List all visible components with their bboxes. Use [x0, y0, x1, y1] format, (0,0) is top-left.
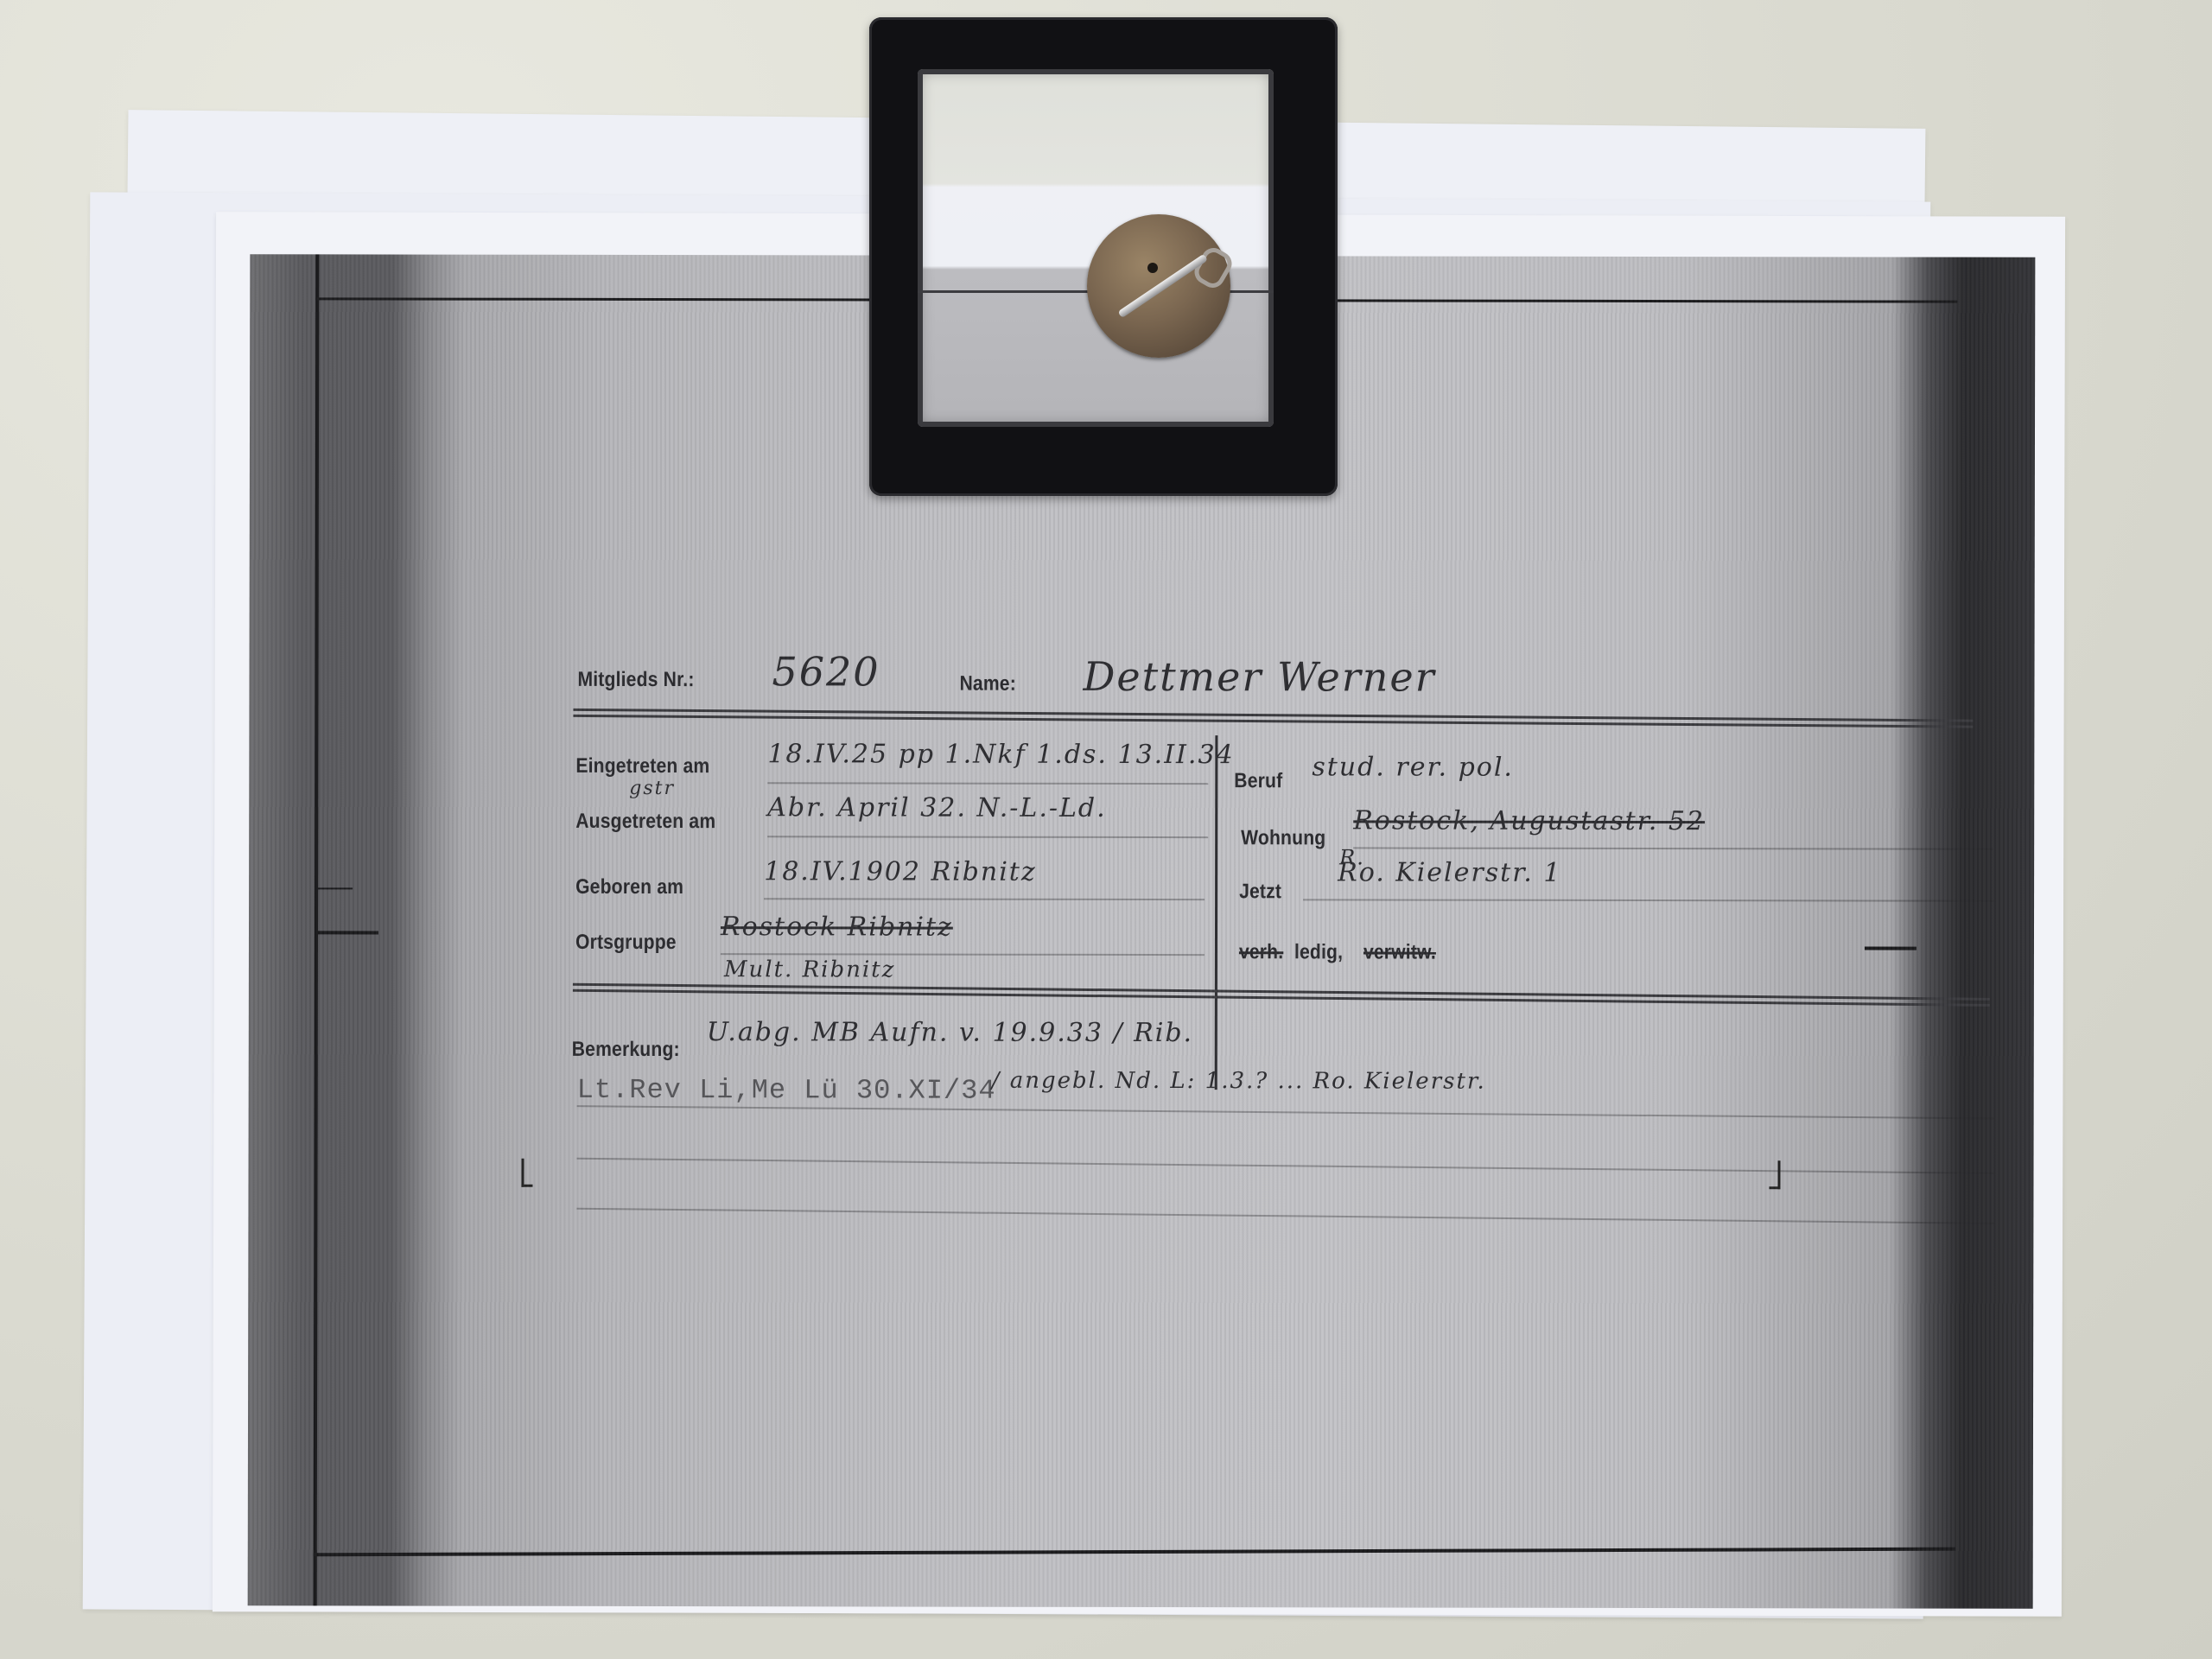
- margin-tick: [318, 887, 353, 889]
- column-divider: [1215, 735, 1218, 1090]
- field-line: [721, 953, 1205, 956]
- badge-reverse: [1087, 214, 1230, 358]
- marital-value: ledig,: [1294, 940, 1343, 964]
- field-line: [767, 836, 1208, 838]
- local-group-value: Mult. Ribnitz: [724, 957, 895, 982]
- marital-struck-2: verwitw.: [1363, 940, 1436, 964]
- remark-typed: Lt.Rev Li,Me Lü 30.XI/34: [577, 1074, 996, 1107]
- left-value: Abr. April 32. N.-L.-Ld.: [767, 792, 1106, 823]
- field-line: [767, 782, 1208, 785]
- remark-line: [577, 1105, 1994, 1119]
- remark-line: [577, 1158, 1994, 1174]
- field-line: [764, 898, 1205, 900]
- left-annotation: gstr: [629, 778, 675, 799]
- field-line: [1303, 899, 1994, 901]
- corner-bracket-right: [1769, 1160, 1780, 1189]
- display-frame: [869, 17, 1338, 496]
- remark-handwritten: U.abg. MB Aufn. v. 19.9.33 / Rib.: [707, 1017, 1193, 1048]
- badge-pin-icon: [1117, 254, 1208, 319]
- margin-tick: [1865, 946, 1916, 950]
- local-group-label: Ortsgruppe: [575, 931, 677, 955]
- name-label: Name:: [959, 672, 1015, 696]
- born-label: Geboren am: [575, 875, 683, 899]
- member-no-label: Mitglieds Nr.:: [577, 668, 694, 692]
- name-value: Dettmer Werner: [1083, 653, 1435, 701]
- remark-line: [576, 1208, 1993, 1224]
- card-border-bottom: [314, 1548, 1955, 1557]
- member-no-value: 5620: [772, 648, 880, 695]
- now-label: Jetzt: [1239, 880, 1281, 904]
- field-line: [1353, 847, 1993, 849]
- corner-bracket-left: [521, 1159, 532, 1187]
- frame-window: [918, 69, 1274, 427]
- residence-struck: Rostock, Augustastr. 52: [1353, 805, 1705, 836]
- remark-label: Bemerkung:: [572, 1038, 680, 1062]
- badge-hole: [1147, 263, 1158, 273]
- card-border-left: [314, 254, 320, 1605]
- left-label: Ausgetreten am: [575, 810, 715, 834]
- badge-clasp-icon: [1190, 244, 1236, 292]
- occupation-value: stud. rer. pol.: [1312, 752, 1514, 782]
- occupation-label: Beruf: [1234, 769, 1282, 793]
- joined-label: Eingetreten am: [575, 754, 709, 779]
- residence-label: Wohnung: [1241, 826, 1325, 850]
- joined-value: 18.IV.25 pp 1.Nkf 1.ds. 13.II.34: [767, 739, 1234, 770]
- margin-tick: [318, 931, 378, 934]
- marital-struck-1: verh.: [1239, 940, 1283, 964]
- now-value: Ro. Kielerstr. 1: [1338, 857, 1561, 887]
- local-group-struck: Rostock Ribnitz: [721, 912, 953, 942]
- remark-handwritten-2: / angebl. Nd. L: 1.3.? ... Ro. Kielerstr…: [992, 1068, 1486, 1095]
- born-value: 18.IV.1902 Ribnitz: [764, 856, 1037, 887]
